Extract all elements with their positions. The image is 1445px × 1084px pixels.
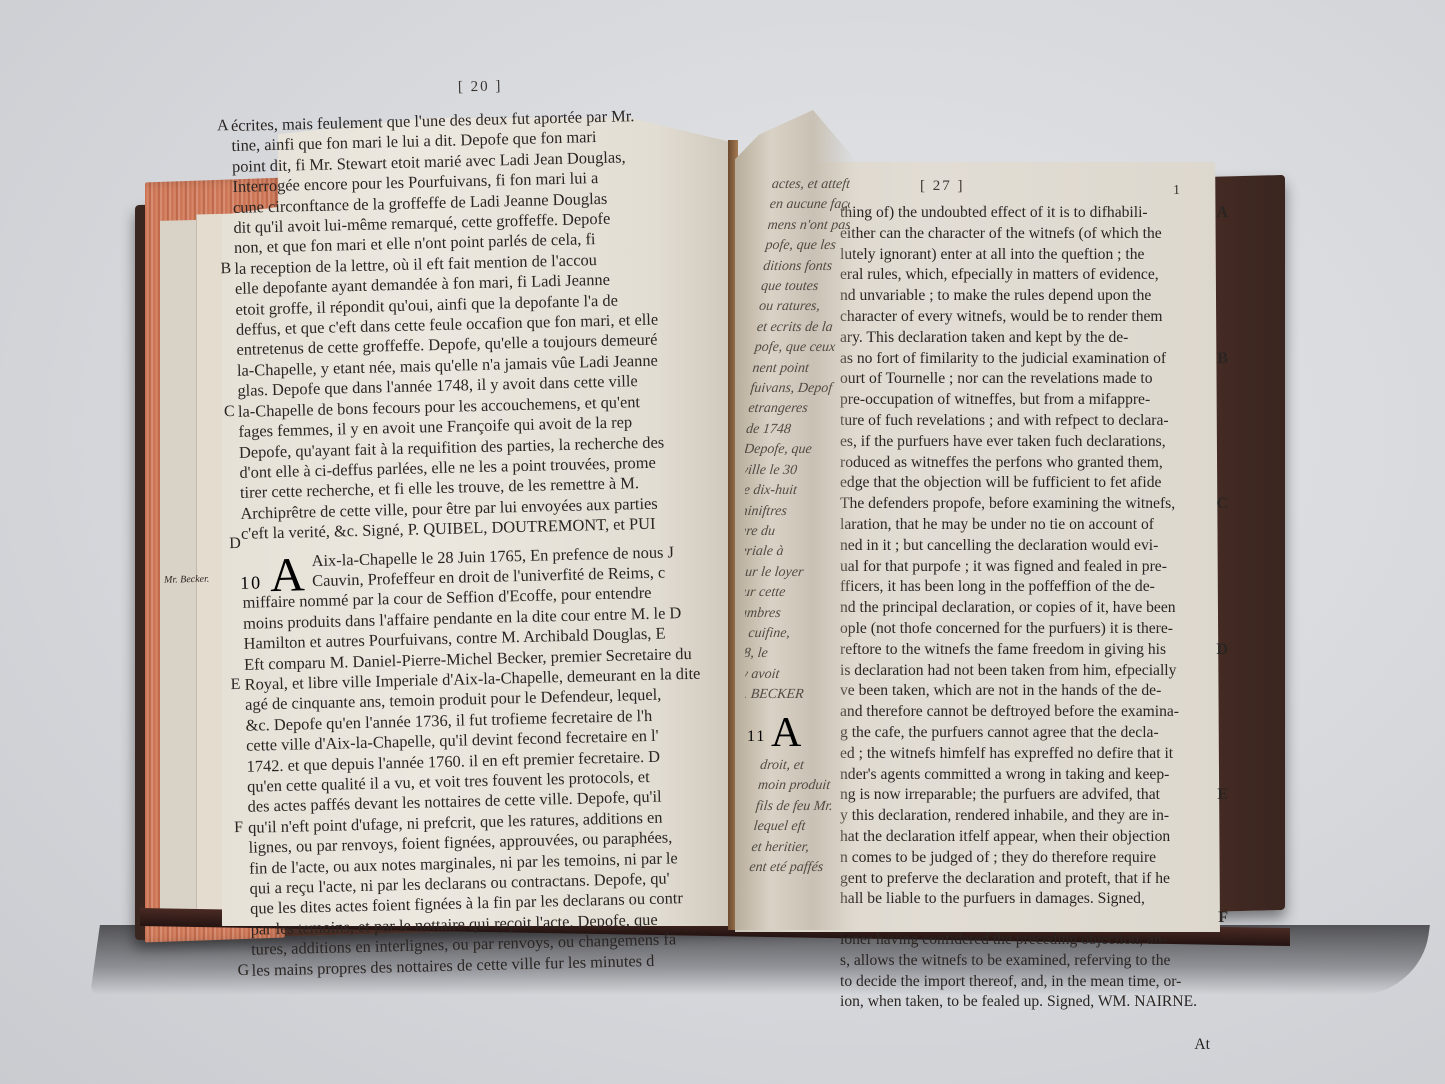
line-text: g the cafe, the purfuers cannot agree th… bbox=[840, 724, 1159, 741]
line-text: eral rules, which, efpecially in matters… bbox=[840, 266, 1159, 283]
text-line: ioner having confidered the preceding ob… bbox=[840, 930, 1210, 951]
text-line: ourt of Tournelle ; nor can the revelati… bbox=[840, 369, 1210, 390]
line-text: pofe, que les bbox=[765, 238, 837, 253]
line-text: edge that the objection will be fufficie… bbox=[840, 474, 1161, 491]
text-line: either can the character of the witnefs … bbox=[840, 224, 1210, 245]
section-letter: C bbox=[1216, 494, 1228, 515]
section-letter: B bbox=[1217, 349, 1228, 370]
text-line: g the cafe, the purfuers cannot agree th… bbox=[840, 723, 1210, 744]
section-letter: E bbox=[1217, 785, 1228, 806]
line-text: reftore to the witnefs the fame freedom … bbox=[840, 641, 1166, 658]
line-text: moin produit bbox=[757, 778, 831, 793]
text-line: etrangeres bbox=[747, 399, 850, 419]
section-letter-d: D bbox=[229, 534, 241, 552]
text-line: pre-occupation of witneffes, but from a … bbox=[840, 390, 1210, 411]
line-text: et heritier, bbox=[751, 839, 810, 854]
text-line: es, if the purfuers have ever taken fuch… bbox=[840, 432, 1210, 453]
line-text: 1748, le bbox=[745, 646, 768, 661]
text-line: ditions fonts bbox=[762, 257, 850, 277]
line-text: mens n'ont pas bbox=[767, 218, 850, 233]
text-line: eral rules, which, efpecially in matters… bbox=[840, 265, 1210, 286]
text-line: The defenders propofe, before examining … bbox=[840, 494, 1210, 515]
line-text: nent point bbox=[752, 361, 810, 376]
line-text: actes, et atteftés bbox=[771, 177, 850, 192]
curled-page-content: actes, et atteftésen aucune façonmens n'… bbox=[745, 175, 850, 875]
line-text: as no fort of fimilarity to the judicial… bbox=[840, 350, 1166, 367]
left-page-text: écrites, mais feulement que l'une des de… bbox=[231, 104, 741, 545]
left-page-content: [ 20 ] écrites, mais feulement que l'une… bbox=[230, 73, 748, 845]
line-text: The defenders propofe, before examining … bbox=[840, 495, 1175, 512]
line-text: lequel eft bbox=[753, 819, 806, 834]
text-line: chambres bbox=[745, 604, 833, 624]
right-page-content: [ 27 ] thing of) the undoubted effect of… bbox=[840, 178, 1210, 878]
text-line: character of every witnefs, would be to … bbox=[840, 307, 1210, 328]
text-line: moin produit bbox=[757, 776, 850, 796]
line-text: pre-occupation of witneffes, but from a … bbox=[840, 391, 1150, 408]
line-text: laration, that he may be under no tie on… bbox=[840, 516, 1154, 533]
text-line: is declaration had not been taken from h… bbox=[840, 661, 1210, 682]
text-line: ed ; the witnefs himfelf has expreffed n… bbox=[840, 744, 1210, 765]
text-line: le dix-huit bbox=[745, 481, 846, 501]
text-line: pofe, que les bbox=[764, 236, 850, 256]
line-text: ion, when taken, to be fealed up. Signed… bbox=[840, 993, 1197, 1010]
catchword: At bbox=[840, 1035, 1210, 1056]
section-letter: F bbox=[234, 818, 243, 839]
text-line: que toutes bbox=[760, 277, 850, 297]
text-line: ng is now irreparable; the purfuers are … bbox=[840, 785, 1210, 806]
text-line: hat the declaration itfelf appear, when … bbox=[840, 827, 1210, 848]
text-line: actes, et atteftés bbox=[771, 175, 850, 195]
line-text: nd the principal declaration, or copies … bbox=[840, 599, 1176, 616]
section-letter: B bbox=[220, 259, 231, 280]
line-text: ou ratures, bbox=[758, 299, 821, 314]
text-line: pour le loyer bbox=[745, 563, 837, 583]
text-line: lequel eft bbox=[753, 817, 850, 837]
text-line: and therefore cannot be deftroyed before… bbox=[840, 702, 1210, 723]
right-page-text: thing of) the undoubted effect of it is … bbox=[840, 203, 1210, 910]
text-line: de 1748 bbox=[745, 420, 850, 440]
section-letter: A bbox=[217, 116, 229, 137]
line-text: pour cette bbox=[745, 585, 786, 600]
line-text: lutely ignorant) enter at all into the q… bbox=[840, 246, 1144, 263]
line-text: pofe, que ceux bbox=[754, 340, 836, 355]
line-text: and therefore cannot be deftroyed before… bbox=[840, 703, 1179, 720]
text-line: thing of) the undoubted effect of it is … bbox=[840, 203, 1210, 224]
text-line: ville le 30 bbox=[745, 461, 848, 481]
text-line: P. M. BECKER bbox=[745, 685, 824, 705]
section-letter: A bbox=[1216, 203, 1228, 224]
text-line: et heritier, bbox=[750, 837, 850, 857]
ruling-text: ioner having confidered the preceding ob… bbox=[840, 930, 1210, 1013]
line-text: P. M. BECKER bbox=[745, 687, 804, 702]
paragraph-10: D Mr. Becker. 10 A Aix-la-Chapelle le 28… bbox=[241, 540, 751, 981]
line-text: nd unvariable ; to make the rules depend… bbox=[840, 287, 1151, 304]
section-letter: E bbox=[230, 675, 240, 696]
text-line: nd the principal declaration, or copies … bbox=[840, 598, 1210, 619]
line-text: ture of fuch revelations ; and with refp… bbox=[840, 412, 1169, 429]
text-line: ve been taken, which are not in the hand… bbox=[840, 681, 1210, 702]
text-line: y this declaration, rendered inhabile, a… bbox=[840, 806, 1210, 827]
line-text: ioner having confidered the preceding ob… bbox=[840, 931, 1167, 948]
text-line: nd unvariable ; to make the rules depend… bbox=[840, 286, 1210, 307]
text-line: pour cette bbox=[745, 583, 835, 603]
margin-note: Mr. Becker. bbox=[164, 573, 210, 585]
curled-page-text-after: droit, etmoin produitfils de feu Mr.lequ… bbox=[745, 756, 850, 875]
line-text: hall be liable to the purfuers in damage… bbox=[840, 890, 1145, 907]
line-text: is declaration had not been taken from h… bbox=[840, 662, 1176, 679]
line-text: de 1748 bbox=[745, 422, 791, 437]
line-text: etrangeres bbox=[748, 401, 809, 416]
text-line: lutely ignorant) enter at all into the q… bbox=[840, 245, 1210, 266]
text-line: ture of fuch revelations ; and with refp… bbox=[840, 411, 1210, 432]
section-letter: D bbox=[1216, 640, 1228, 661]
text-line: une cuifine, bbox=[745, 624, 831, 644]
line-text: et ecrits de la bbox=[756, 320, 833, 335]
text-line: ople (not thofe concerned for the purfue… bbox=[840, 619, 1210, 640]
line-text: ourt of Tournelle ; nor can the revelati… bbox=[840, 370, 1153, 387]
text-line: ture du bbox=[745, 522, 841, 542]
text-line: ent eté paffés bbox=[748, 858, 850, 875]
line-text: ople (not thofe concerned for the purfue… bbox=[840, 620, 1173, 637]
section-letter: G bbox=[237, 960, 249, 981]
line-text: il n'y avoit bbox=[745, 667, 780, 682]
text-line: et ecrits de la bbox=[756, 318, 850, 338]
line-text: une cuifine, bbox=[745, 626, 791, 641]
text-line: mens n'ont pas bbox=[766, 216, 850, 236]
text-line: ual for that purpofe ; it was figned and… bbox=[840, 557, 1210, 578]
line-text: miniftres bbox=[745, 504, 788, 519]
right-running-head: [ 27 ] bbox=[840, 178, 1210, 195]
line-text: le dix-huit bbox=[745, 483, 798, 498]
text-line: reftore to the witnefs the fame freedom … bbox=[840, 640, 1210, 661]
line-text: nder's agents committed a wrong in takin… bbox=[840, 766, 1169, 783]
text-line: laration, that he may be under no tie on… bbox=[840, 515, 1210, 536]
line-text: ture du bbox=[745, 524, 776, 539]
line-text: periale à bbox=[745, 544, 784, 559]
text-line: to decide the import thereof, and, in th… bbox=[840, 972, 1210, 993]
line-text: fuivans, Depof bbox=[750, 381, 833, 396]
line-text: ary. This declaration taken and kept by … bbox=[840, 329, 1128, 346]
line-text: either can the character of the witnefs … bbox=[840, 225, 1162, 242]
curl-paragraph-number: 11 bbox=[747, 728, 766, 746]
line-text: ual for that purpofe ; it was figned and… bbox=[840, 558, 1167, 575]
text-line: hall be liable to the purfuers in damage… bbox=[840, 889, 1210, 910]
line-text: thing of) the undoubted effect of it is … bbox=[840, 204, 1148, 221]
text-line: miniftres bbox=[745, 502, 844, 522]
curled-page-text: actes, et atteftésen aucune façonmens n'… bbox=[745, 175, 850, 706]
line-text: es, if the purfuers have ever taken fuch… bbox=[840, 433, 1166, 450]
text-line: ion, when taken, to be fealed up. Signed… bbox=[840, 992, 1210, 1013]
line-text: ent eté paffés bbox=[749, 860, 824, 875]
text-line: fficers, it has been long in the poffeff… bbox=[840, 577, 1210, 598]
line-text: en aucune façon bbox=[769, 197, 850, 212]
section-letter-f: F bbox=[1218, 908, 1228, 929]
line-text: fficers, it has been long in the poffeff… bbox=[840, 578, 1155, 595]
text-line: ou ratures, bbox=[758, 297, 850, 317]
line-text: ville le 30 bbox=[745, 463, 798, 478]
text-line: pofe, que ceux bbox=[754, 338, 850, 358]
line-text: chambres bbox=[745, 606, 782, 621]
left-running-head: [ 20 ] bbox=[230, 73, 730, 102]
line-text: to decide the import thereof, and, in th… bbox=[840, 973, 1181, 990]
text-line: il n'y avoit bbox=[745, 665, 826, 685]
line-text: Depofe, que bbox=[745, 442, 812, 457]
text-line: ned in it ; but cancelling the declarati… bbox=[840, 536, 1210, 557]
line-text: ned in it ; but cancelling the declarati… bbox=[840, 537, 1158, 554]
text-line: gent to preferve the declaration and pro… bbox=[840, 869, 1210, 890]
line-text: fils de feu Mr. bbox=[755, 798, 834, 813]
line-text: que toutes bbox=[760, 279, 819, 294]
line-text: ed ; the witnefs himfelf has expreffed n… bbox=[840, 745, 1173, 762]
book-photo-scene: [ 20 ] écrites, mais feulement que l'une… bbox=[0, 0, 1445, 1084]
line-text: ng is now irreparable; the purfuers are … bbox=[840, 786, 1160, 803]
line-text: gent to preferve the declaration and pro… bbox=[840, 870, 1170, 887]
text-line: 1748, le bbox=[745, 644, 829, 664]
text-line: s, allows the witnefs to be examined, re… bbox=[840, 951, 1210, 972]
text-line: as no fort of fimilarity to the judicial… bbox=[840, 349, 1210, 370]
paragraph-text: Aix-la-Chapelle le 28 Juin 1765, En pref… bbox=[241, 540, 751, 981]
text-line: en aucune façon bbox=[769, 195, 850, 215]
line-text: hat the declaration itfelf appear, when … bbox=[840, 828, 1170, 845]
section-letter: C bbox=[224, 402, 235, 423]
text-line: fils de feu Mr. bbox=[755, 796, 850, 816]
text-line: n comes to be judged of ; they do theref… bbox=[840, 848, 1210, 869]
line-text: ditions fonts bbox=[763, 259, 833, 274]
line-text: pour le loyer bbox=[745, 565, 804, 580]
line-text: s, allows the witnefs to be examined, re… bbox=[840, 952, 1170, 969]
text-line: Depofe, que bbox=[745, 440, 850, 460]
text-line: fuivans, Depof bbox=[749, 379, 850, 399]
line-text: character of every witnefs, would be to … bbox=[840, 308, 1163, 325]
text-line: ary. This declaration taken and kept by … bbox=[840, 328, 1210, 349]
line-text: droit, et bbox=[759, 758, 804, 773]
text-line: edge that the objection will be fufficie… bbox=[840, 473, 1210, 494]
text-line: nent point bbox=[751, 359, 850, 379]
text-line: roduced as witneffes the perfons who gra… bbox=[840, 453, 1210, 474]
line-text: n comes to be judged of ; they do theref… bbox=[840, 849, 1156, 866]
line-text: y this declaration, rendered inhabile, a… bbox=[840, 807, 1169, 824]
text-line: periale à bbox=[745, 542, 839, 562]
line-text: ve been taken, which are not in the hand… bbox=[840, 682, 1161, 699]
line-text: roduced as witneffes the perfons who gra… bbox=[840, 454, 1163, 471]
text-line: droit, et bbox=[759, 756, 850, 776]
curl-drop-cap: A bbox=[771, 712, 801, 754]
text-line: nder's agents committed a wrong in takin… bbox=[840, 765, 1210, 786]
